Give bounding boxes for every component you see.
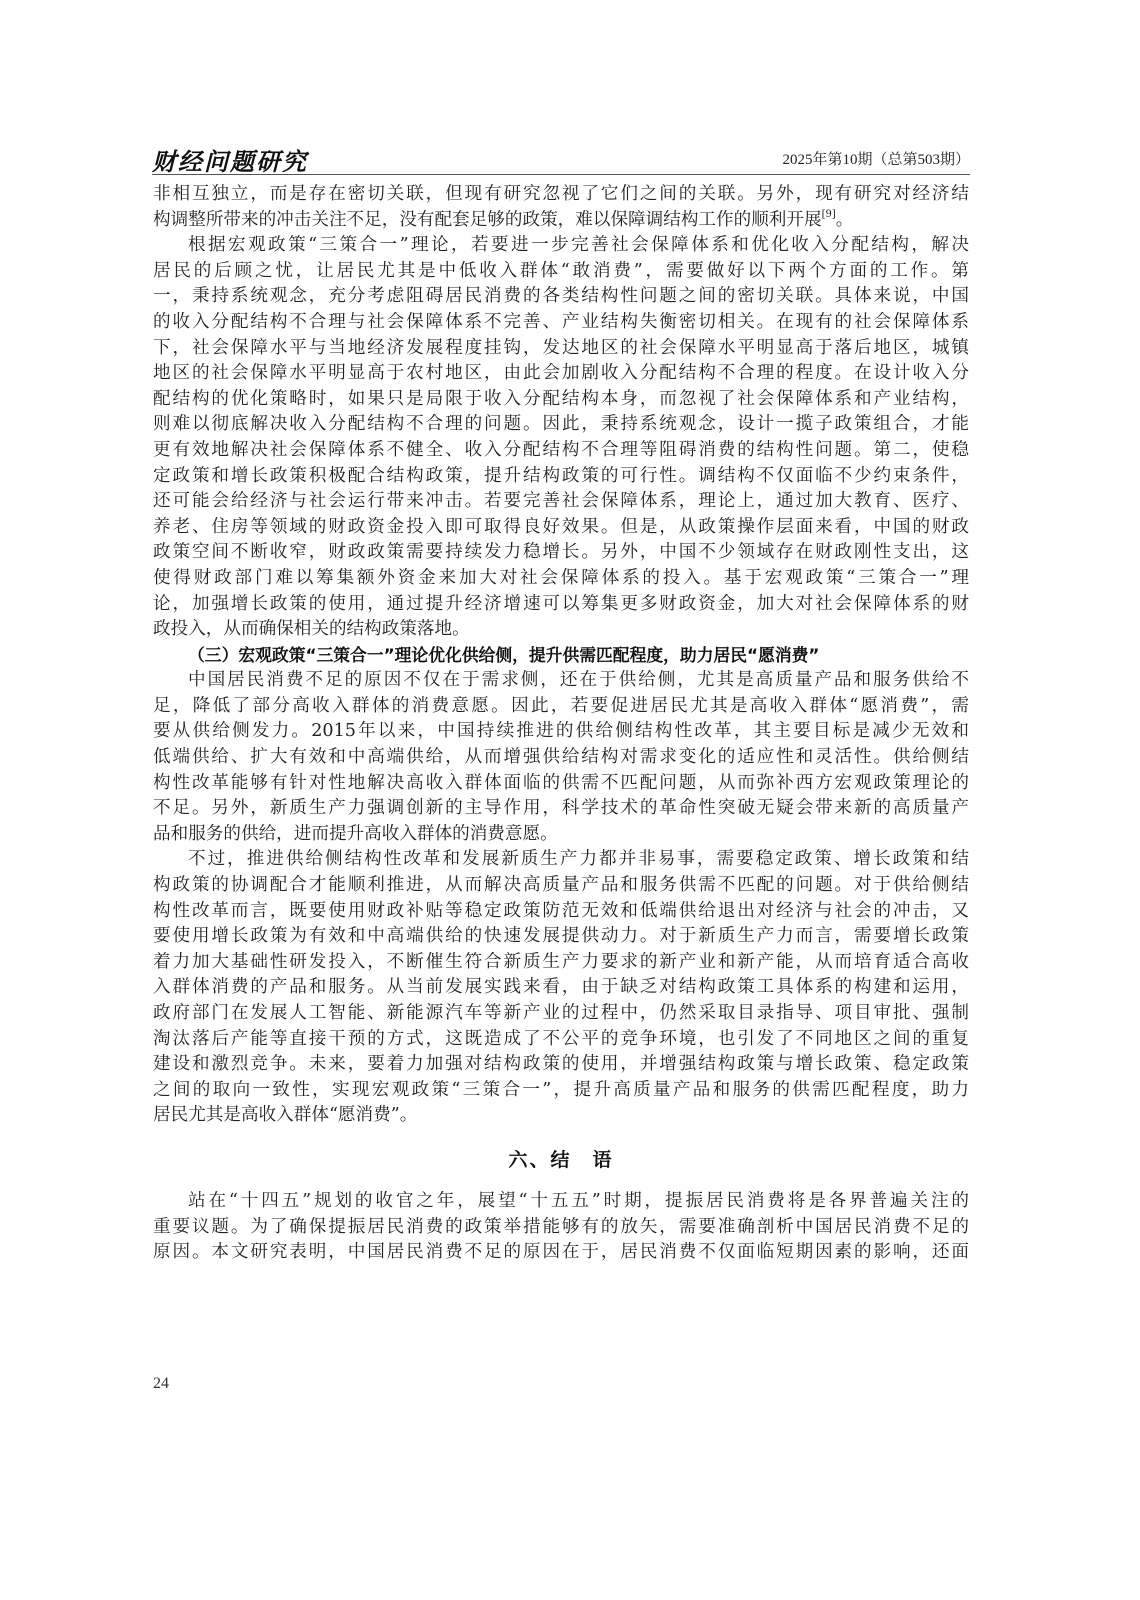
text-line: 入群体消费的产品和服务。从当前发展实践来看，由于缺乏对结构政策工具体系的构建和运… — [153, 975, 969, 1001]
subsection-heading: （三）宏观政策“三策合一”理论优化供给侧，提升供需匹配程度，助力居民“愿消费” — [153, 643, 969, 669]
text-line: 根据宏观政策“三策合一”理论，若要进一步完善社会保障体系和优化收入分配结构，解决 — [153, 233, 969, 259]
text-line: 政府部门在发展人工智能、新能源汽车等新产业的过程中，仍然采取目录指导、项目审批、… — [153, 1001, 969, 1027]
paragraph: 中国居民消费不足的原因不仅在于需求侧，还在于供给侧，尤其是高质量产品和服务供给不… — [153, 668, 969, 847]
text-line: 要使用增长政策为有效和中高端供给的快速发展提供动力。对于新质生产力而言，需要增长… — [153, 924, 969, 950]
text-line: 要从供给侧发力。2015年以来，中国持续推进的供给侧结构性改革，其主要目标是减少… — [153, 719, 969, 745]
text-span: 构调整所带来的冲击关注不足，没有配套足够的政策，难以保障调结构工作的顺利开展 — [153, 210, 822, 230]
journal-logo: 财经问题研究 — [152, 142, 308, 177]
text-line: 居民尤其是高收入群体“愿消费”。 — [153, 1103, 969, 1129]
text-line: 居民的后顾之忧，让居民尤其是中低收入群体“敢消费”，需要做好以下两个方面的工作。… — [153, 259, 969, 285]
text-line: 还可能会给经济与社会运行带来冲击。若要完善社会保障体系，理论上，通过加大教育、医… — [153, 489, 969, 515]
text-line: 养老、住房等领域的财政资金投入即可取得良好效果。但是，从政策操作层面来看，中国的… — [153, 515, 969, 541]
text-line: 站在“十四五”规划的收官之年，展望“十五五”时期，提振居民消费将是各界普遍关注的 — [153, 1189, 969, 1215]
text-line: 之间的取向一致性，实现宏观政策“三策合一”，提升高质量产品和服务的供需匹配程度，… — [153, 1078, 969, 1104]
text-line: 品和服务的供给，进而提升高收入群体的消费意愿。 — [153, 822, 969, 848]
text-line: 重要议题。为了确保提振居民消费的政策举措能够有的放矢，需要准确剖析中国居民消费不… — [153, 1215, 969, 1241]
text-line: 配结构的优化策略时，如果只是局限于收入分配结构本身，而忽视了社会保障体系和产业结… — [153, 387, 969, 413]
text-line: 定政策和增长政策积极配合结构政策，提升结构政策的可行性。调结构不仅面临不少约束条… — [153, 464, 969, 490]
text-line: 不过，推进供给侧结构性改革和发展新质生产力都并非易事，需要稳定政策、增长政策和结 — [153, 847, 969, 873]
text-line: 构性改革能够有针对性地解决高收入群体面临的供需不匹配问题，从而弥补西方宏观政策理… — [153, 771, 969, 797]
citation-reference[interactable]: [9] — [822, 209, 836, 220]
paragraph: 根据宏观政策“三策合一”理论，若要进一步完善社会保障体系和优化收入分配结构，解决… — [153, 233, 969, 643]
text-line: 建设和激烈竞争。未来，要着力加强对结构政策的使用，并增强结构政策与增长政策、稳定… — [153, 1052, 969, 1078]
text-line: 构性改革而言，既要使用财政补贴等稳定政策防范无效和低端供给退出对经济与社会的冲击… — [153, 899, 969, 925]
text-line: 论，加强增长政策的使用，通过提升经济增速可以筹集更多财政资金，加大对社会保障体系… — [153, 592, 969, 618]
section-title: 六、结 语 — [153, 1135, 969, 1189]
text-line: 构调整所带来的冲击关注不足，没有配套足够的政策，难以保障调结构工作的顺利开展[9… — [153, 208, 969, 234]
issue-info: 2025年第10期（总第503期） — [782, 148, 970, 169]
text-line: 地区的社会保障水平明显高于农村地区，由此会加剧收入分配结构不合理的程度。在设计收… — [153, 361, 969, 387]
text-line: 使得财政部门难以筹集额外资金来加大对社会保障体系的投入。基于宏观政策“三策合一”… — [153, 566, 969, 592]
text-span: 。 — [836, 210, 854, 230]
paragraph: 站在“十四五”规划的收官之年，展望“十五五”时期，提振居民消费将是各界普遍关注的… — [153, 1189, 969, 1266]
text-line: 不足。另外，新质生产力强调创新的主导作用，科学技术的革命性突破无疑会带来新的高质… — [153, 796, 969, 822]
text-line: 淘汰落后产能等直接干预的方式，这既造成了不公平的竞争环境，也引发了不同地区之间的… — [153, 1027, 969, 1053]
text-line: 则难以彻底解决收入分配结构不合理的问题。因此，秉持系统观念，设计一揽子政策组合，… — [153, 412, 969, 438]
text-line: 中国居民消费不足的原因不仅在于需求侧，还在于供给侧，尤其是高质量产品和服务供给不 — [153, 668, 969, 694]
running-header: 财经问题研究 2025年第10期（总第503期） — [152, 140, 970, 175]
text-line: 构政策的协调配合才能顺利推进，从而解决高质量产品和服务供需不匹配的问题。对于供给… — [153, 873, 969, 899]
text-line: 非相互独立，而是存在密切关联，但现有研究忽视了它们之间的关联。另外，现有研究对经… — [153, 182, 969, 208]
paragraph: 不过，推进供给侧结构性改革和发展新质生产力都并非易事，需要稳定政策、增长政策和结… — [153, 847, 969, 1129]
paragraph: 非相互独立，而是存在密切关联，但现有研究忽视了它们之间的关联。另外，现有研究对经… — [153, 182, 969, 233]
text-line: 足，降低了部分高收入群体的消费意愿。因此，若要促进居民尤其是高收入群体“愿消费”… — [153, 694, 969, 720]
text-line: 低端供给、扩大有效和中高端供给，从而增强供给结构对需求变化的适应性和灵活性。供给… — [153, 745, 969, 771]
text-line: 原因。本文研究表明，中国居民消费不足的原因在于，居民消费不仅面临短期因素的影响，… — [153, 1240, 969, 1266]
text-line: 一，秉持系统观念，充分考虑阻碍居民消费的各类结构性问题之间的密切关联。具体来说，… — [153, 284, 969, 310]
article-body: 非相互独立，而是存在密切关联，但现有研究忽视了它们之间的关联。另外，现有研究对经… — [153, 182, 969, 1266]
text-line: 下，社会保障水平与当地经济发展程度挂钩，发达地区的社会保障水平明显高于落后地区，… — [153, 336, 969, 362]
text-line: 政投入，从而确保相关的结构政策落地。 — [153, 617, 969, 643]
text-line: 政策空间不断收窄，财政政策需要持续发力稳增长。另外，中国不少领域存在财政刚性支出… — [153, 540, 969, 566]
page-number: 24 — [153, 1375, 169, 1393]
text-line: 的收入分配结构不合理与社会保障体系不完善、产业结构失衡密切相关。在现有的社会保障… — [153, 310, 969, 336]
text-line: 更有效地解决社会保障体系不健全、收入分配结构不合理等阻碍消费的结构性问题。第二，… — [153, 438, 969, 464]
text-line: 着力加大基础性研发投入，不断催生符合新质生产力要求的新产业和新产能，从而培育适合… — [153, 950, 969, 976]
